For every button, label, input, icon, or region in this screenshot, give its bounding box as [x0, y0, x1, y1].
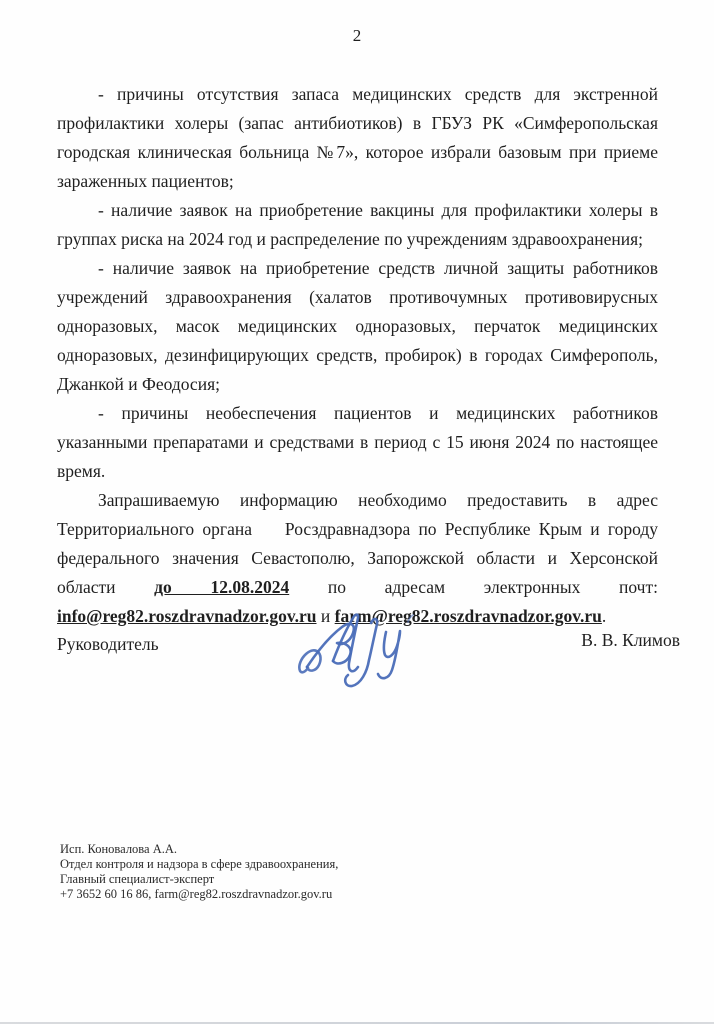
document-body: - причины отсутствия запаса медицинских … — [57, 80, 658, 631]
executor-contacts: +7 3652 60 16 86, farm@reg82.roszdravnad… — [60, 887, 338, 902]
email-info-address: info@reg82.roszdravnadzor.gov.ru — [57, 606, 317, 626]
page-number: 2 — [0, 26, 714, 46]
executor-block: Исп. Коновалова А.А. Отдел контроля и на… — [60, 842, 338, 902]
executor-position: Главный специалист-эксперт — [60, 872, 338, 887]
deadline-date: до 12.08.2024 — [154, 577, 289, 597]
paragraph-ppe-requests: - наличие заявок на приобретение средств… — [57, 254, 658, 399]
executor-department: Отдел контроля и надзора в сфере здравоо… — [60, 857, 338, 872]
paragraph-antibiotics-stock: - причины отсутствия запаса медицинских … — [57, 80, 658, 196]
request-text-period: . — [602, 606, 606, 626]
executor-name: Исп. Коновалова А.А. — [60, 842, 338, 857]
signer-role: Руководитель — [57, 634, 159, 655]
signer-name: В. В. Климов — [581, 630, 680, 651]
paragraph-vaccine-requests: - наличие заявок на приобретение вакцины… — [57, 196, 658, 254]
handwritten-signature — [292, 592, 440, 704]
paragraph-non-provision-reasons: - причины необеспечения пациентов и меди… — [57, 399, 658, 486]
document-page: 2 - причины отсутствия запаса медицински… — [0, 0, 714, 1024]
